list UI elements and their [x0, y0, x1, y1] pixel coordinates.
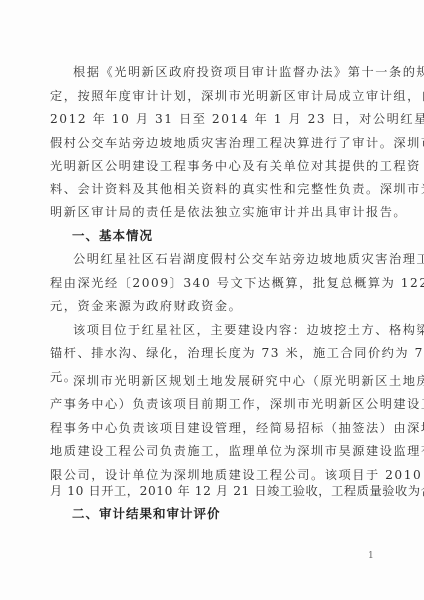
text-line: 假村公交车站旁边坡地质灾害治理工程决算进行了审计。深圳市 [50, 135, 372, 151]
text-line: 深圳市光明新区规划土地发展研究中心（原光明新区土地房 [73, 373, 372, 389]
text-line: 明新区审计局的责任是依法独立实施审计并出具审计报告。 [50, 204, 372, 220]
text-line: 程事务中心负责该项目建设管理，经简易招标（抽签法）由深圳 [50, 420, 372, 436]
text-line: 根据《光明新区政府投资项目审计监督办法》第十一条的规 [73, 64, 372, 80]
text-line: 地质建设工程公司负责施工，监理单位为深圳市昊源建设监理有 [50, 443, 372, 459]
text-line: 限公司，设计单位为深圳地质建设工程公司。该项目于 2010 年 1 [50, 467, 372, 483]
text-line: 月 10 日开工，2010 年 12 月 21 日竣工验收，工程质量验收为合格。 [50, 483, 372, 499]
document-page: 根据《光明新区政府投资项目审计监督办法》第十一条的规 定，按照年度审计计划，深圳… [0, 0, 424, 600]
text-line: 程由深光经〔2009〕340 号文下达概算，批复总概算为 122.08 万 [50, 275, 372, 291]
section-heading-basic-info: 一、基本情况 [72, 228, 153, 244]
text-line: 定，按照年度审计计划，深圳市光明新区审计局成立审计组，自 [50, 88, 372, 104]
text-line: 元，资金来源为政府财政资金。 [50, 298, 372, 314]
text-line: 料、会计资料及其他相关资料的真实性和完整性负责。深圳市光 [50, 181, 372, 197]
text-line: 该项目位于红星社区，主要建设内容：边坡挖土方、格构梁、 [73, 322, 372, 338]
text-line: 公明红星社区石岩湖度假村公交车站旁边坡地质灾害治理工 [73, 251, 372, 267]
page-number: 1 [368, 551, 374, 561]
text-line: 2012 年 10 月 31 日至 2014 年 1 月 23 日，对公明红星社… [50, 111, 372, 127]
text-line: 光明新区公明建设工程事务中心及有关单位对其提供的工程资 [50, 158, 372, 174]
section-heading-audit-results: 二、审计结果和审计评价 [72, 506, 221, 522]
text-line: 锚杆、排水沟、绿化，治理长度为 73 米，施工合同价约为 73 万 [50, 345, 372, 361]
text-line: 产事务中心）负责该项目前期工作，深圳市光明新区公明建设工 [50, 396, 372, 412]
